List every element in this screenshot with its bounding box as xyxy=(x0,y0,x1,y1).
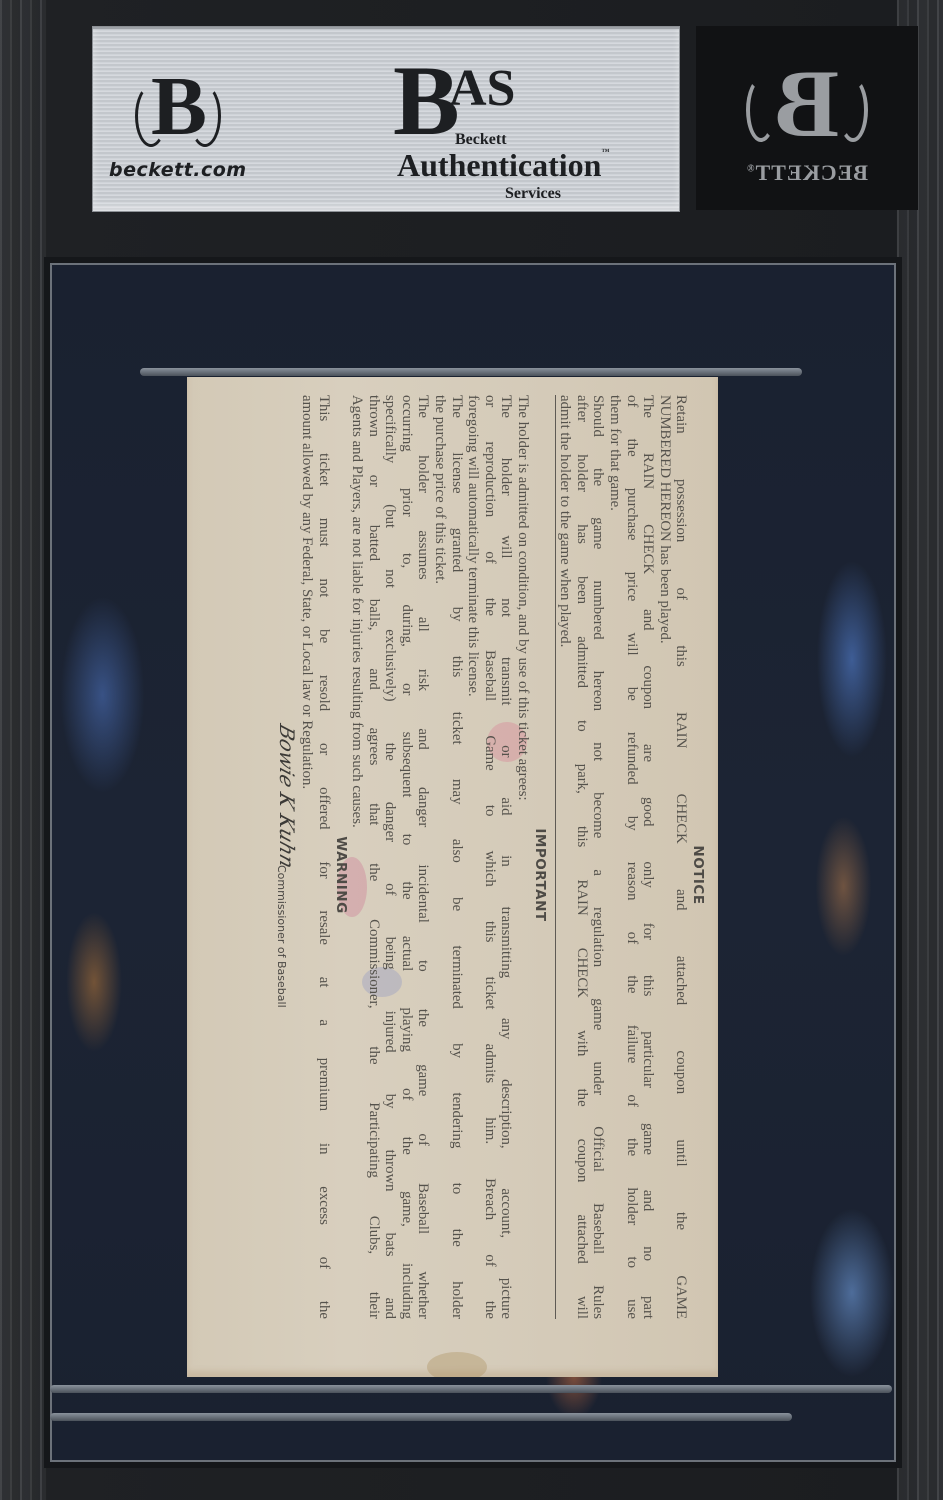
notice-line: after holder has been admitted to park, … xyxy=(573,395,590,1319)
beckett-logo: B xyxy=(123,65,233,155)
bas-small-letters: AS xyxy=(449,63,515,115)
wreath-left-icon xyxy=(135,85,167,147)
slab-edge-left xyxy=(0,0,46,1500)
mirrored-wreath-right-icon xyxy=(746,78,776,142)
notice-line: Should the game numbered hereon not beco… xyxy=(590,395,607,1319)
rain-check-ticket: NOTICE Retain possession of this RAIN CH… xyxy=(187,377,718,1377)
slab-inner-rail xyxy=(50,1413,792,1421)
signature-row: Bowie K Kuhn Commissioner of Baseball xyxy=(263,395,299,1319)
warning-line: This ticket must not be resold or offere… xyxy=(315,395,332,1319)
important-line: occurring prior to, during, or subsequen… xyxy=(398,395,415,1319)
commissioner-signature: Bowie K Kuhn xyxy=(278,722,295,870)
wreath-right-icon xyxy=(189,85,221,147)
authentication-label: B beckett.com B AS Beckett Authenticatio… xyxy=(92,26,680,212)
notice-heading: NOTICE xyxy=(689,395,706,1355)
paper-stain xyxy=(427,1352,487,1377)
warning-section: This ticket must not be resold or offere… xyxy=(299,395,332,1355)
important-line: the purchase price of this ticket. xyxy=(432,395,449,1319)
important-line: The holder will not transmit or aid in t… xyxy=(498,395,515,1319)
ticket-holder-rail-top xyxy=(140,368,802,376)
bas-authentication-text: Authentication™ xyxy=(397,147,609,184)
slab-edge-right xyxy=(897,0,943,1500)
mirrored-beckett-text: BECKETT® xyxy=(696,160,918,186)
important-line: specifically (but not exclusively) the d… xyxy=(382,395,399,1319)
bas-wordmark: B AS Beckett Authentication™ Services xyxy=(393,61,653,211)
important-line: The holder assumes all risk and danger i… xyxy=(415,395,432,1319)
notice-line: NUMBERED HEREON has been played. xyxy=(656,395,673,1319)
warning-line: amount allowed by any Federal, State, or… xyxy=(299,395,316,1319)
beckett-mirrored-logo: B BECKETT® xyxy=(696,26,918,210)
important-line: The holder is admitted on condition, and… xyxy=(514,395,531,1319)
notice-line: The RAIN CHECK and coupon are good only … xyxy=(640,395,657,1319)
ticket-holder-rail-bottom xyxy=(50,1385,892,1393)
beckett-b-wreath-mirrored-icon: B xyxy=(766,56,848,152)
important-line: Agents and Players, are not liable for i… xyxy=(349,395,366,1319)
notice-line: Retain possession of this RAIN CHECK and… xyxy=(673,395,690,1319)
ticket-back-text: NOTICE Retain possession of this RAIN CH… xyxy=(198,395,718,1355)
notice-line: admit the holder to the game when played… xyxy=(557,395,574,1319)
important-line: The license granted by this ticket may a… xyxy=(448,395,465,1319)
warning-heading: WARNING xyxy=(332,395,349,1355)
important-section: The holder is admitted on condition, and… xyxy=(349,395,532,1355)
trademark-symbol: ™ xyxy=(601,147,609,156)
beckett-url: beckett.com xyxy=(109,159,249,181)
notice-line: them for that game. xyxy=(606,395,623,1319)
notice-section: Retain possession of this RAIN CHECK and… xyxy=(555,395,690,1319)
notice-line: of the purchase price will be refunded b… xyxy=(623,395,640,1319)
important-line: thrown or batted balls, and agrees that … xyxy=(365,395,382,1319)
beckett-word: BECKETT xyxy=(755,160,868,185)
commissioner-title: Commissioner of Baseball xyxy=(272,865,289,1008)
registered-symbol: ® xyxy=(746,164,754,175)
important-heading: IMPORTANT xyxy=(531,395,548,1355)
authentication-word: Authentication xyxy=(397,147,601,183)
grading-slab: B beckett.com B AS Beckett Authenticatio… xyxy=(0,0,943,1500)
bas-services-text: Services xyxy=(505,185,561,203)
important-line: or reproduction of the Baseball Game to … xyxy=(481,395,498,1319)
important-line: foregoing will automatically terminate t… xyxy=(465,395,482,1319)
